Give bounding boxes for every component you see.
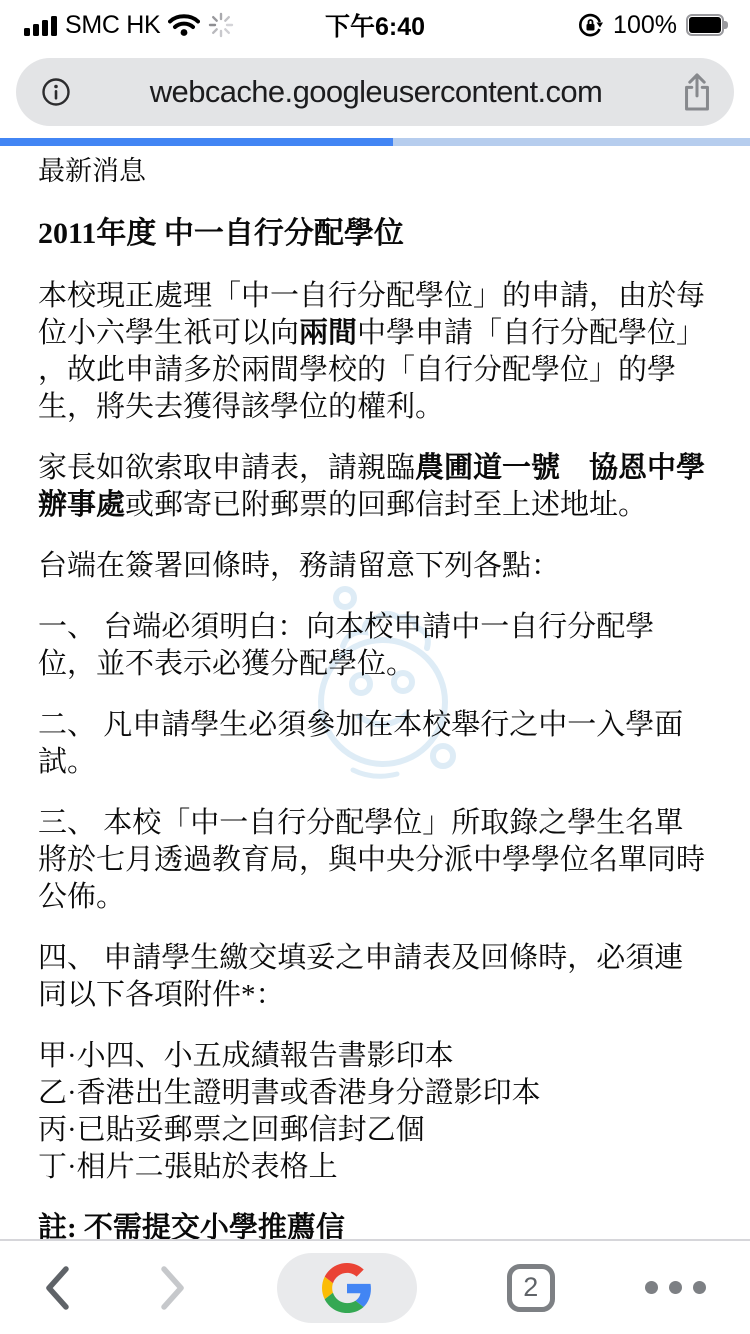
paragraph: 一、 台端必須明白：向本校申請中一自行分配學位，並不表示必獲分配學位。 <box>38 609 712 683</box>
back-chevron-icon <box>44 1265 70 1311</box>
forward-button[interactable] <box>160 1265 186 1311</box>
browser-toolbar: 2 <box>0 1239 750 1334</box>
google-g-logo <box>322 1263 372 1313</box>
status-bar: SMC HK 下午6:40 <box>0 0 750 46</box>
page-load-progress-bar <box>0 138 750 146</box>
paragraph: 家長如欲索取申請表，請親臨農圃道一號 協恩中學辦事處或郵寄已附郵票的回郵信封至上… <box>38 450 712 524</box>
clock-label: 下午6:40 <box>0 7 750 43</box>
back-button[interactable] <box>44 1265 70 1311</box>
web-page-content: 最新消息 2011年度 中一自行分配學位 本校現正處理「中一自行分配學位」的申請… <box>0 146 750 1308</box>
paragraph: 三、 本校「中一自行分配學位」所取錄之學生名單將於七月透過教育局，與中央分派中學… <box>38 805 712 916</box>
tab-count-label: 2 <box>523 1272 538 1303</box>
paragraph: 四、 申請學生繳交填妥之申請表及回條時，必須連同以下各項附件*： <box>38 940 712 1014</box>
more-menu-button[interactable] <box>645 1281 706 1294</box>
url-bar[interactable]: webcache.googleusercontent.com <box>16 58 734 126</box>
progress-fill <box>0 138 393 146</box>
forward-chevron-icon <box>160 1265 186 1311</box>
more-ellipsis-icon <box>645 1281 706 1294</box>
paragraph: 本校現正處理「中一自行分配學位」的申請，由於每位小六學生衹可以向兩間中學申請「自… <box>38 278 712 426</box>
page-info-icon[interactable] <box>40 76 72 108</box>
google-search-button[interactable] <box>277 1253 417 1323</box>
paragraph: 台端在簽署回條時，務請留意下列各點： <box>38 548 712 585</box>
tab-switcher-icon: 2 <box>507 1264 555 1312</box>
section-label: 最新消息 <box>38 154 712 188</box>
paragraph: 甲·小四、小五成績報告書影印本乙·香港出生證明書或香港身分證影印本丙·已貼妥郵票… <box>38 1038 712 1186</box>
article-body: 最新消息 2011年度 中一自行分配學位 本校現正處理「中一自行分配學位」的申請… <box>38 154 712 1308</box>
share-icon[interactable] <box>680 71 714 113</box>
page-title: 2011年度 中一自行分配學位 <box>38 214 712 254</box>
tab-switcher-button[interactable]: 2 <box>507 1264 555 1312</box>
omnibox-container: webcache.googleusercontent.com <box>0 46 750 138</box>
url-text[interactable]: webcache.googleusercontent.com <box>84 74 668 110</box>
battery-icon <box>686 14 728 36</box>
paragraph: 二、 凡申請學生必須參加在本校舉行之中一入學面試。 <box>38 707 712 781</box>
